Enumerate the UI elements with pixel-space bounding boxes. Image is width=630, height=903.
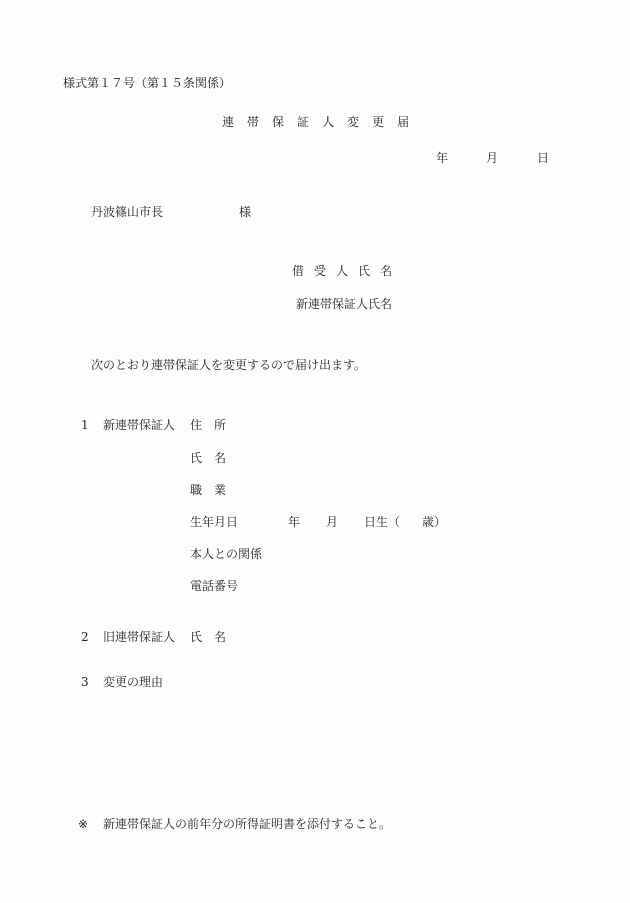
form-number: 様式第１７号（第１５条関係） — [63, 76, 231, 90]
birth-day-label: 日生（ — [364, 515, 400, 529]
borrower-name-label: 借受人氏名 — [292, 264, 402, 278]
label-char: 借 — [292, 264, 304, 278]
age-label: 歳） — [422, 515, 446, 529]
intro-text: 次のとおり連帯保証人を変更するので届け出ます。 — [91, 358, 366, 372]
title-char: 証 — [297, 115, 309, 129]
title-char: 人 — [322, 115, 334, 129]
occupation-label: 職 業 — [190, 483, 226, 497]
label-char: 名 — [380, 264, 392, 278]
title-char: 変 — [347, 115, 359, 129]
section2-heading: 旧連帯保証人 — [103, 630, 175, 644]
birth-month-label: 月 — [326, 515, 338, 529]
title-char: 帯 — [247, 115, 259, 129]
title-char: 連 — [222, 115, 234, 129]
birth-year-label: 年 — [288, 515, 300, 529]
section3-number: 3 — [81, 675, 89, 689]
phone-label: 電話番号 — [190, 579, 238, 593]
document-title: 連帯保証人変更届 — [222, 115, 422, 129]
section3-heading: 変更の理由 — [103, 675, 163, 689]
label-char: 人 — [336, 264, 348, 278]
date-month-label: 月 — [486, 151, 498, 165]
section2-number: 2 — [81, 630, 89, 644]
address-label: 住 所 — [190, 418, 226, 432]
label-char: 氏 — [358, 264, 370, 278]
title-char: 保 — [272, 115, 284, 129]
date-day-label: 日 — [537, 151, 549, 165]
addressee-name: 丹波篠山市長 — [91, 205, 163, 219]
label-char: 受 — [314, 264, 326, 278]
birthdate-label: 生年月日 — [190, 515, 238, 529]
date-year-label: 年 — [436, 151, 448, 165]
section1-number: 1 — [81, 418, 89, 432]
note-mark: ※ — [78, 817, 88, 831]
new-guarantor-name-label: 新連帯保証人氏名 — [296, 297, 392, 311]
name-label: 氏 名 — [190, 451, 226, 465]
relationship-label: 本人との関係 — [190, 547, 262, 561]
section1-heading: 新連帯保証人 — [103, 418, 175, 432]
note-text: 新連帯保証人の前年分の所得証明書を添付すること。 — [103, 817, 391, 831]
title-char: 届 — [397, 115, 409, 129]
old-guarantor-name-label: 氏 名 — [190, 630, 226, 644]
addressee-honorific: 様 — [239, 205, 251, 219]
title-char: 更 — [372, 115, 384, 129]
